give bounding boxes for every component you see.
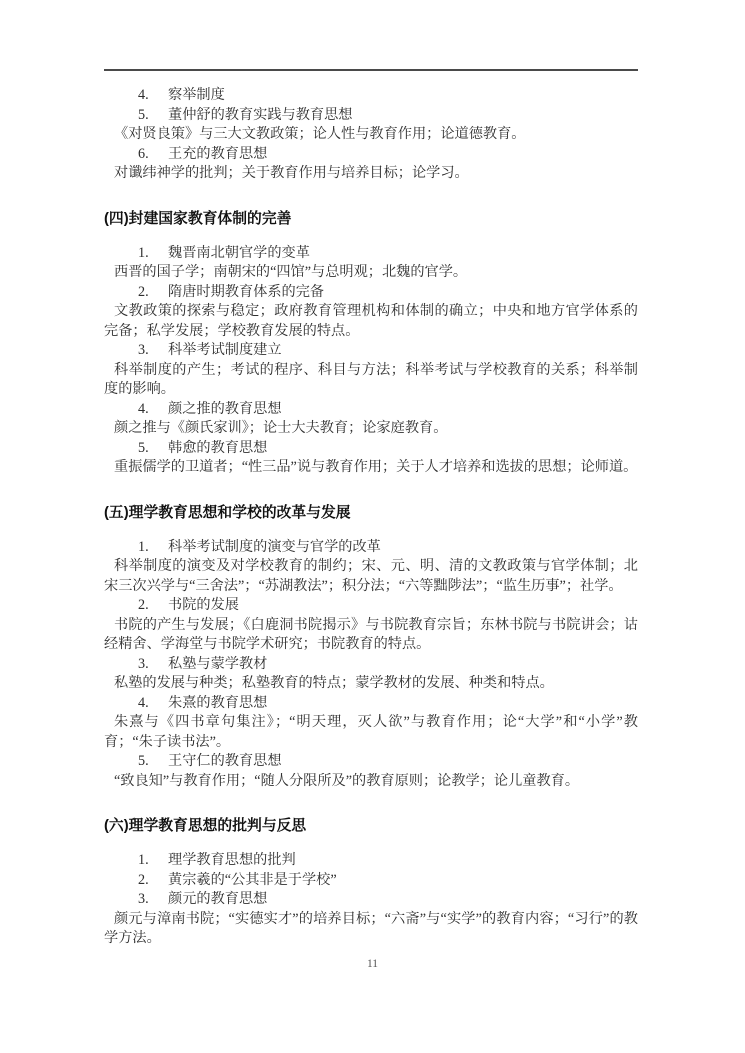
item-number: 3. bbox=[138, 890, 168, 910]
item-description: 书院的产生与发展；《白鹿洞书院揭示》与书院教育宗旨；东林书院与书院讲会；诂经精舍… bbox=[104, 616, 638, 655]
item-title: 颜元的教育思想 bbox=[168, 891, 267, 907]
numbered-item: 1.魏晋南北朝官学的变革 bbox=[104, 244, 638, 264]
numbered-item: 5.韩愈的教育思想 bbox=[104, 439, 638, 459]
numbered-item: 2.隋唐时期教育体系的完备 bbox=[104, 283, 638, 303]
numbered-item: 4.颜之推的教育思想 bbox=[104, 400, 638, 420]
numbered-item: 3.私塾与蒙学教材 bbox=[104, 655, 638, 675]
item-title: 隋唐时期教育体系的完备 bbox=[168, 284, 324, 300]
item-description: 私塾的发展与种类；私塾教育的特点；蒙学教材的发展、种类和特点。 bbox=[104, 674, 638, 694]
numbered-item: 2.黄宗羲的“公其非是于学校” bbox=[104, 871, 638, 891]
section-heading: (五)理学教育思想和学校的改革与发展 bbox=[104, 503, 638, 523]
numbered-item: 5.董仲舒的教育实践与教育思想 bbox=[104, 106, 638, 126]
item-title: 科举考试制度的演变与官学的改革 bbox=[168, 539, 381, 555]
item-number: 1. bbox=[138, 538, 168, 558]
item-number: 5. bbox=[138, 106, 168, 126]
item-title: 朱熹的教育思想 bbox=[168, 695, 267, 711]
item-number: 1. bbox=[138, 851, 168, 871]
item-description: 重振儒学的卫道者；“性三品”说与教育作用；关于人才培养和选拔的思想；论师道。 bbox=[104, 458, 638, 478]
item-number: 6. bbox=[138, 145, 168, 165]
item-title: 科举考试制度建立 bbox=[168, 342, 282, 358]
item-number: 4. bbox=[138, 694, 168, 714]
numbered-item: 2.书院的发展 bbox=[104, 596, 638, 616]
header-rule bbox=[104, 69, 638, 71]
item-title: 韩愈的教育思想 bbox=[168, 440, 267, 456]
item-title: 颜之推的教育思想 bbox=[168, 401, 282, 417]
item-number: 2. bbox=[138, 871, 168, 891]
item-number: 4. bbox=[138, 86, 168, 106]
item-title: 魏晋南北朝官学的变革 bbox=[168, 245, 310, 261]
item-description: 对谶纬神学的批判；关于教育作用与培养目标；论学习。 bbox=[104, 164, 638, 184]
item-description: 《对贤良策》与三大文教政策；论人性与教育作用；论道德教育。 bbox=[104, 125, 638, 145]
item-number: 2. bbox=[138, 283, 168, 303]
item-title: 理学教育思想的批判 bbox=[168, 852, 296, 868]
numbered-item: 5.王守仁的教育思想 bbox=[104, 752, 638, 772]
section-heading: (四)封建国家教育体制的完善 bbox=[104, 209, 638, 229]
document-body: 4.察举制度5.董仲舒的教育实践与教育思想《对贤良策》与三大文教政策；论人性与教… bbox=[104, 86, 638, 949]
item-number: 3. bbox=[138, 341, 168, 361]
page-number: 11 bbox=[0, 958, 745, 970]
numbered-item: 1.理学教育思想的批判 bbox=[104, 851, 638, 871]
item-title: 私塾与蒙学教材 bbox=[168, 656, 267, 672]
item-description: 科举制度的产生；考试的程序、科目与方法；科举考试与学校教育的关系；科举制度的影响… bbox=[104, 361, 638, 400]
item-title: 王守仁的教育思想 bbox=[168, 753, 282, 769]
section-heading: (六)理学教育思想的批判与反思 bbox=[104, 816, 638, 836]
item-description: 西晋的国子学；南朝宋的“四馆”与总明观；北魏的官学。 bbox=[104, 263, 638, 283]
item-description: 颜之推与《颜氏家训》；论士大夫教育；论家庭教育。 bbox=[104, 419, 638, 439]
item-title: 董仲舒的教育实践与教育思想 bbox=[168, 107, 352, 123]
item-title: 王充的教育思想 bbox=[168, 146, 267, 162]
item-number: 4. bbox=[138, 400, 168, 420]
item-number: 5. bbox=[138, 439, 168, 459]
item-title: 书院的发展 bbox=[168, 597, 239, 613]
item-description: 文教政策的探索与稳定；政府教育管理机构和体制的确立；中央和地方官学体系的完备；私… bbox=[104, 302, 638, 341]
item-description: 颜元与漳南书院；“实德实才”的培养目标；“六斋”与“实学”的教育内容；“习行”的… bbox=[104, 910, 638, 949]
item-description: 朱熹与《四书章句集注》；“明天理，灭人欲”与教育作用；论“大学”和“小学”教育；… bbox=[104, 713, 638, 752]
item-title: 黄宗羲的“公其非是于学校” bbox=[168, 872, 337, 888]
numbered-item: 3.科举考试制度建立 bbox=[104, 341, 638, 361]
numbered-item: 4.察举制度 bbox=[104, 86, 638, 106]
document-page: 4.察举制度5.董仲舒的教育实践与教育思想《对贤良策》与三大文教政策；论人性与教… bbox=[0, 0, 745, 1053]
item-title: 察举制度 bbox=[168, 87, 225, 103]
item-description: 科举制度的演变及对学校教育的制约；宋、元、明、清的文教政策与官学体制；北宋三次兴… bbox=[104, 557, 638, 596]
item-number: 3. bbox=[138, 655, 168, 675]
item-number: 5. bbox=[138, 752, 168, 772]
item-description: “致良知”与教育作用；“随人分限所及”的教育原则；论教学；论儿童教育。 bbox=[104, 772, 638, 792]
item-number: 2. bbox=[138, 596, 168, 616]
numbered-item: 1.科举考试制度的演变与官学的改革 bbox=[104, 538, 638, 558]
item-number: 1. bbox=[138, 244, 168, 264]
numbered-item: 6.王充的教育思想 bbox=[104, 145, 638, 165]
numbered-item: 4.朱熹的教育思想 bbox=[104, 694, 638, 714]
numbered-item: 3.颜元的教育思想 bbox=[104, 890, 638, 910]
